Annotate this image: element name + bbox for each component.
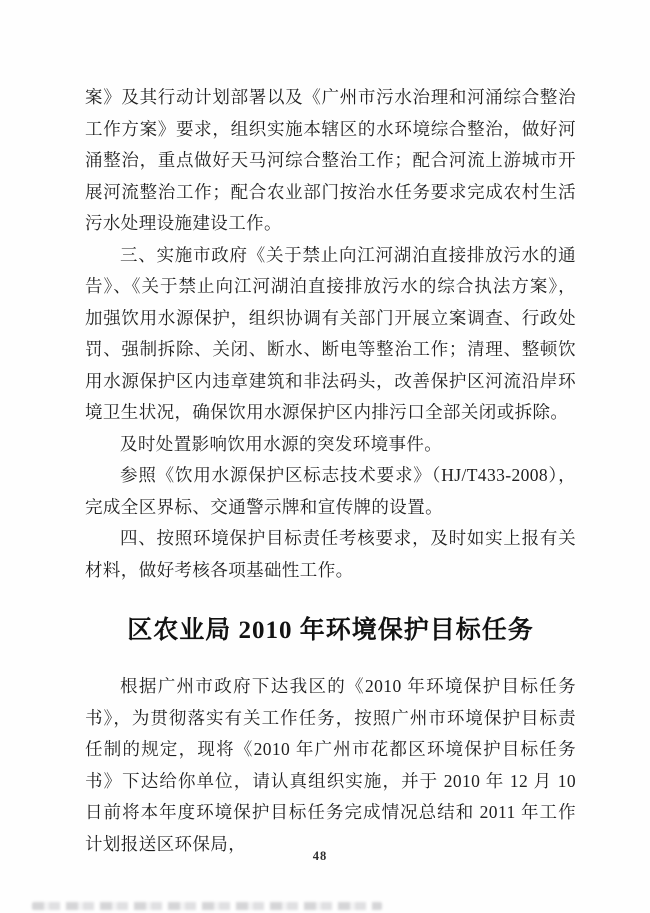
page-number: 48 <box>0 849 640 864</box>
paragraph-section-intro: 根据广州市政府下达我区的《2010 年环境保护目标任务书》，为贯彻落实有关工作任… <box>85 671 576 860</box>
paragraph-continuation: 案》及其行动计划部署以及《广州市污水治理和河涌综合整治工作方案》要求，组织实施本… <box>85 82 576 240</box>
scan-artifact-bottom <box>32 902 382 910</box>
body-text-block-top: 案》及其行动计划部署以及《广州市污水治理和河涌综合整治工作方案》要求，组织实施本… <box>85 82 576 586</box>
paragraph-item-four: 四、按照环境保护目标责任考核要求，及时如实上报有关材料，做好考核各项基础性工作。 <box>85 523 576 586</box>
body-text-block-bottom: 根据广州市政府下达我区的《2010 年环境保护目标任务书》，为贯彻落实有关工作任… <box>85 671 576 860</box>
paragraph-signage-standard: 参照《饮用水源保护区标志技术要求》（HJ/T433-2008），完成全区界标、交… <box>85 460 576 523</box>
paragraph-emergency-events: 及时处置影响饮用水源的突发环境事件。 <box>85 429 576 461</box>
section-heading: 区农业局 2010 年环境保护目标任务 <box>85 613 576 649</box>
paragraph-item-three: 三、实施市政府《关于禁止向江河湖泊直接排放污水的通告》、《关于禁止向江河湖泊直接… <box>85 240 576 429</box>
document-page: 案》及其行动计划部署以及《广州市污水治理和河涌综合整治工作方案》要求，组织实施本… <box>0 0 650 913</box>
